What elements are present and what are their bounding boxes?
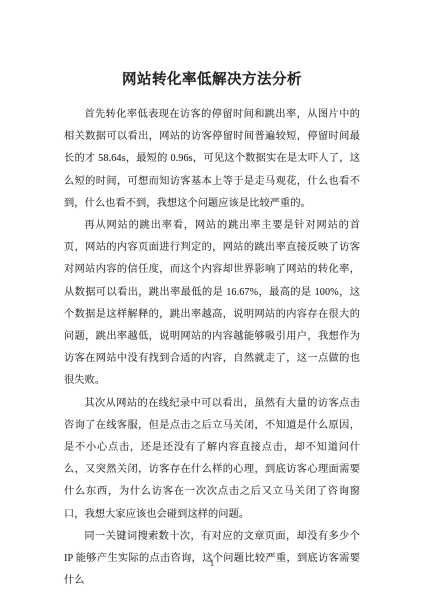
paragraph: 首先转化率低表现在访客的停留时间和跳出率，从图片中的相关数据可以看出，网站的访客… — [64, 104, 360, 215]
document-title: 网站转化率低解决方法分析 — [0, 68, 424, 89]
document-page: 网站转化率低解决方法分析 首先转化率低表现在访客的停留时间和跳出率，从图片中的相… — [0, 0, 424, 600]
paragraph: 再从网站的跳出率看，网站的跳出率主要是针对网站的首页，网站的内容页面进行判定的，… — [64, 215, 360, 393]
page-number: 1 — [0, 558, 424, 568]
paragraph: 其次从网站的在线纪录中可以看出，虽然有大量的访客点击咨询了在线客服，但是点击之后… — [64, 393, 360, 526]
document-body: 首先转化率低表现在访客的停留时间和跳出率，从图片中的相关数据可以看出，网站的访客… — [64, 104, 360, 592]
